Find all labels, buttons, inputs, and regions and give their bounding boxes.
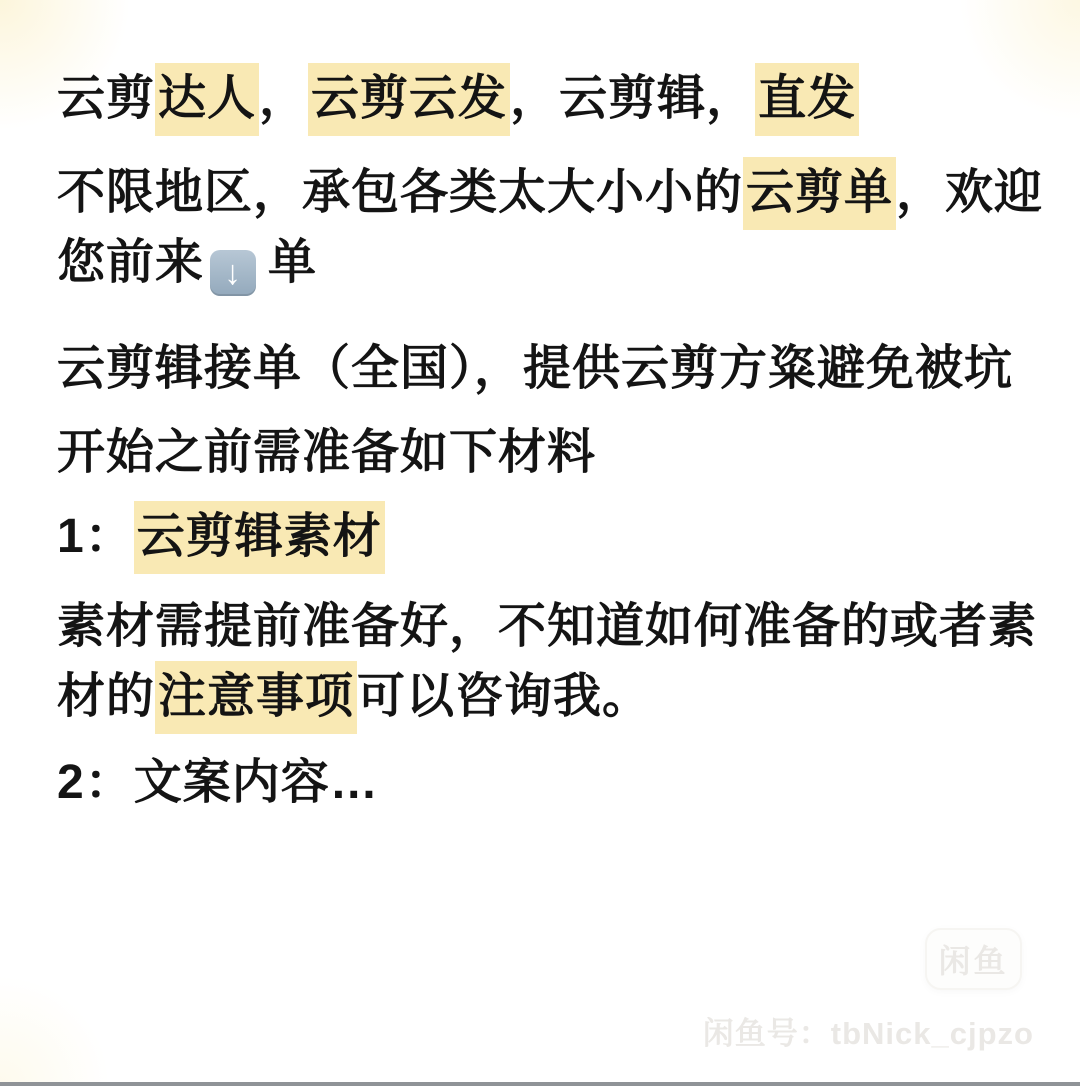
text-segment: 开始之前需准备如下材料 bbox=[57, 426, 596, 479]
list-item-highlight: 云剪辑素材 bbox=[134, 501, 385, 574]
text-segment: 2：文案内容… bbox=[57, 756, 379, 809]
listing-description-image: { "page": { "text_color": "#141414", "hi… bbox=[0, 0, 1080, 1086]
headline-segment: ， bbox=[259, 72, 308, 125]
text-segment: 不限地区，承包各类太大小小的 bbox=[57, 166, 743, 219]
paragraph-material-notes: 素材需提前准备好，不知道如何准备的或者素 材的注意事项可以咨询我。 bbox=[57, 592, 1052, 732]
text-line: 您前来↓单 bbox=[57, 228, 1052, 298]
bottom-divider bbox=[0, 1082, 1080, 1086]
xianyu-logo-watermark: 闲鱼 bbox=[925, 928, 1022, 990]
text-segment: 材的 bbox=[57, 670, 155, 723]
xianyu-logo-text: 闲鱼 bbox=[938, 936, 1008, 982]
text-highlight: 云剪单 bbox=[743, 157, 896, 230]
text-line: 材的注意事项可以咨询我。 bbox=[57, 662, 1052, 732]
text-segment: 素材需提前准备好，不知道如何准备的或者素 bbox=[57, 600, 1037, 653]
text-segment: ，欢迎 bbox=[896, 166, 1043, 219]
text-segment: 单 bbox=[268, 236, 317, 289]
paragraph-regions: 不限地区，承包各类太大小小的云剪单，欢迎 您前来↓单 bbox=[57, 158, 1052, 298]
paragraph-service: 云剪辑接单（全国），提供云剪方粢避免被坑 bbox=[57, 334, 1052, 404]
text-highlight: 注意事项 bbox=[155, 661, 357, 734]
headline-highlight: 达人 bbox=[155, 63, 259, 136]
down-arrow-button-emoji: ↓ bbox=[210, 250, 256, 296]
down-arrow-glyph: ↓ bbox=[224, 256, 242, 290]
paragraph-materials-intro: 开始之前需准备如下材料 bbox=[57, 418, 1052, 488]
description-text-block: 云剪达人，云剪云发，云剪辑，直发 不限地区，承包各类太大小小的云剪单，欢迎 您前… bbox=[57, 64, 1052, 818]
headline-highlight: 云剪云发 bbox=[308, 63, 510, 136]
text-segment: 可以咨询我。 bbox=[357, 670, 651, 723]
list-item-1: 1：云剪辑素材 bbox=[57, 502, 1052, 572]
text-line: 不限地区，承包各类太大小小的云剪单，欢迎 bbox=[57, 158, 1052, 228]
headline: 云剪达人，云剪云发，云剪辑，直发 bbox=[57, 64, 1052, 134]
text-line: 素材需提前准备好，不知道如何准备的或者素 bbox=[57, 592, 1052, 662]
xianyu-account-watermark: 闲鱼号：tbNick_cjpzo bbox=[703, 1008, 1034, 1053]
headline-segment: ，云剪辑， bbox=[510, 72, 755, 125]
list-item-2: 2：文案内容… bbox=[57, 748, 1052, 818]
headline-highlight: 直发 bbox=[755, 63, 859, 136]
text-segment: 您前来 bbox=[57, 236, 204, 289]
list-item-number: 1： bbox=[57, 510, 134, 563]
headline-segment: 云剪 bbox=[57, 72, 155, 125]
text-segment: 云剪辑接单（全国），提供云剪方粢避免被坑 bbox=[57, 342, 1013, 395]
